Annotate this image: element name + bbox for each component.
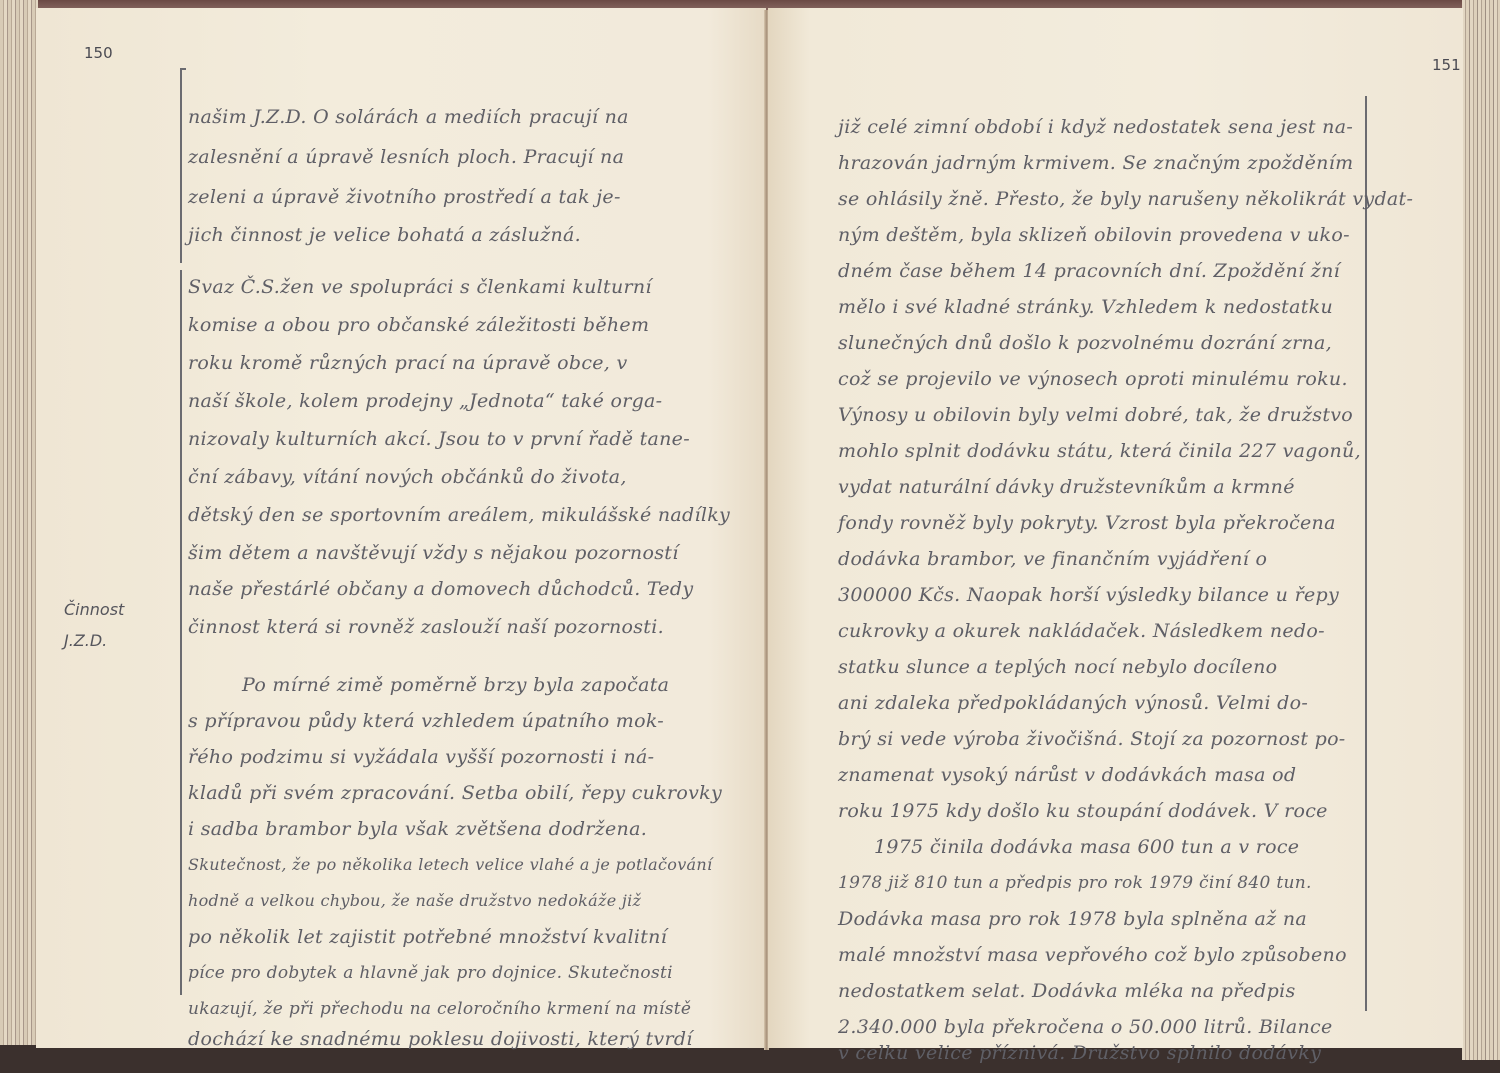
text-line: našim J.Z.D. O solárách a mediích pracuj…	[188, 102, 629, 132]
margin-heading-line: J.Z.D.	[64, 631, 124, 650]
right-page: 151 již celé zimní období i když nedosta…	[768, 8, 1463, 1048]
text-line: dochází ke snadnému poklesu dojivosti, k…	[188, 1024, 693, 1054]
page-number-left: 150	[84, 44, 113, 62]
left-page: 150 Činnost J.Z.D. našim J.Z.D. O solárá…	[36, 8, 766, 1048]
text-line: dném čase během 14 pracovních dní. Zpožd…	[838, 256, 1340, 286]
margin-heading-line: Činnost	[64, 600, 124, 619]
margin-heading: Činnost J.Z.D.	[64, 600, 124, 650]
text-line: po několik let zajistit potřebné množstv…	[188, 922, 667, 952]
text-line: se ohlásily žně. Přesto, že byly narušen…	[838, 184, 1413, 214]
text-line: Skutečnost, že po několika letech velice…	[188, 850, 712, 880]
text-line: znamenat vysoký nárůst v dodávkách masa …	[838, 760, 1296, 790]
text-line: roku kromě různých prací na úpravě obce,…	[188, 348, 628, 378]
text-line: 1978 již 810 tun a předpis pro rok 1979 …	[838, 868, 1312, 898]
text-line: již celé zimní období i když nedostatek …	[838, 112, 1353, 142]
text-line: 300000 Kčs. Naopak horší výsledky bilanc…	[838, 580, 1339, 610]
page-number-right: 151	[1432, 56, 1461, 74]
text-line: ční zábavy, vítání nových občánků do živ…	[188, 462, 627, 492]
text-line: Výnosy u obilovin byly velmi dobré, tak,…	[838, 400, 1353, 430]
text-line: ným deštěm, byla sklizeň obilovin proved…	[838, 220, 1350, 250]
right-page-edges	[1462, 0, 1500, 1060]
text-line: řého podzimu si vyžádala vyšší pozornost…	[188, 742, 654, 772]
left-page-edges	[0, 0, 38, 1045]
text-line: mohlo splnit dodávku státu, která činila…	[838, 436, 1361, 466]
text-line: i sadba brambor byla však zvětšena dodrž…	[188, 814, 647, 844]
text-line: hrazován jadrným krmivem. Se značným zpo…	[838, 148, 1353, 178]
text-line: vydat naturální dávky družstevníkům a kr…	[838, 472, 1295, 502]
text-line: malé množství masa vepřového což bylo zp…	[838, 940, 1347, 970]
text-line: 1975 činila dodávka masa 600 tun a v roc…	[838, 832, 1299, 862]
text-line: statku slunce a teplých nocí nebylo docí…	[838, 652, 1277, 682]
text-line: hodně a velkou chybou, že naše družstvo …	[188, 886, 641, 916]
text-line: cukrovky a okurek nakládaček. Následkem …	[838, 616, 1325, 646]
text-line: ukazují, že při přechodu na celoročního …	[188, 994, 691, 1024]
text-line: v celku velice příznivá. Družstvo splnil…	[838, 1038, 1321, 1068]
text-line: píce pro dobytek a hlavně jak pro dojnic…	[188, 958, 673, 988]
text-line: nedostatkem selat. Dodávka mléka na před…	[838, 976, 1296, 1006]
margin-rule	[180, 270, 182, 995]
text-line: Dodávka masa pro rok 1978 byla splněna a…	[838, 904, 1307, 934]
text-line: naší škole, kolem prodejny „Jednota“ tak…	[188, 386, 662, 416]
text-line: Po mírné zimě poměrně brzy byla započata	[188, 670, 669, 700]
text-line: nizovaly kulturních akcí. Jsou to v prvn…	[188, 424, 690, 454]
text-line: ani zdaleka předpokládaných výnosů. Velm…	[838, 688, 1308, 718]
margin-rule	[1365, 96, 1367, 1011]
text-line: jich činnost je velice bohatá a záslužná…	[188, 220, 581, 250]
text-line: slunečných dnů došlo k pozvolnému dozrán…	[838, 328, 1332, 358]
text-line: roku 1975 kdy došlo ku stoupání dodávek.…	[838, 796, 1328, 826]
text-line: šim dětem a navštěvují vždy s nějakou po…	[188, 538, 679, 568]
text-line: zeleni a úpravě životního prostředí a ta…	[188, 182, 621, 212]
text-line: naše přestárlé občany a domovech důchodc…	[188, 574, 693, 604]
text-line: komise a obou pro občanské záležitosti b…	[188, 310, 649, 340]
text-line: což se projevilo ve výnosech oproti minu…	[838, 364, 1348, 394]
text-line: fondy rovněž byly pokryty. Vzrost byla p…	[838, 508, 1336, 538]
text-line: zalesnění a úpravě lesních ploch. Pracuj…	[188, 142, 624, 172]
margin-rule-tick	[180, 68, 186, 70]
text-line: dodávka brambor, ve finančním vyjádření …	[838, 544, 1267, 574]
text-line: Svaz Č.S.žen ve spolupráci s členkami ku…	[188, 272, 652, 302]
text-line: mělo i své kladné stránky. Vzhledem k ne…	[838, 292, 1333, 322]
text-line: s přípravou půdy která vzhledem úpatního…	[188, 706, 664, 736]
margin-rule	[180, 68, 182, 263]
text-line: kladů při svém zpracování. Setba obilí, …	[188, 778, 722, 808]
text-line: brý si vede výroba živočišná. Stojí za p…	[838, 724, 1346, 754]
text-line: činnost která si rovněž zaslouží naší po…	[188, 612, 664, 642]
text-line: dětský den se sportovním areálem, mikulá…	[188, 500, 730, 530]
